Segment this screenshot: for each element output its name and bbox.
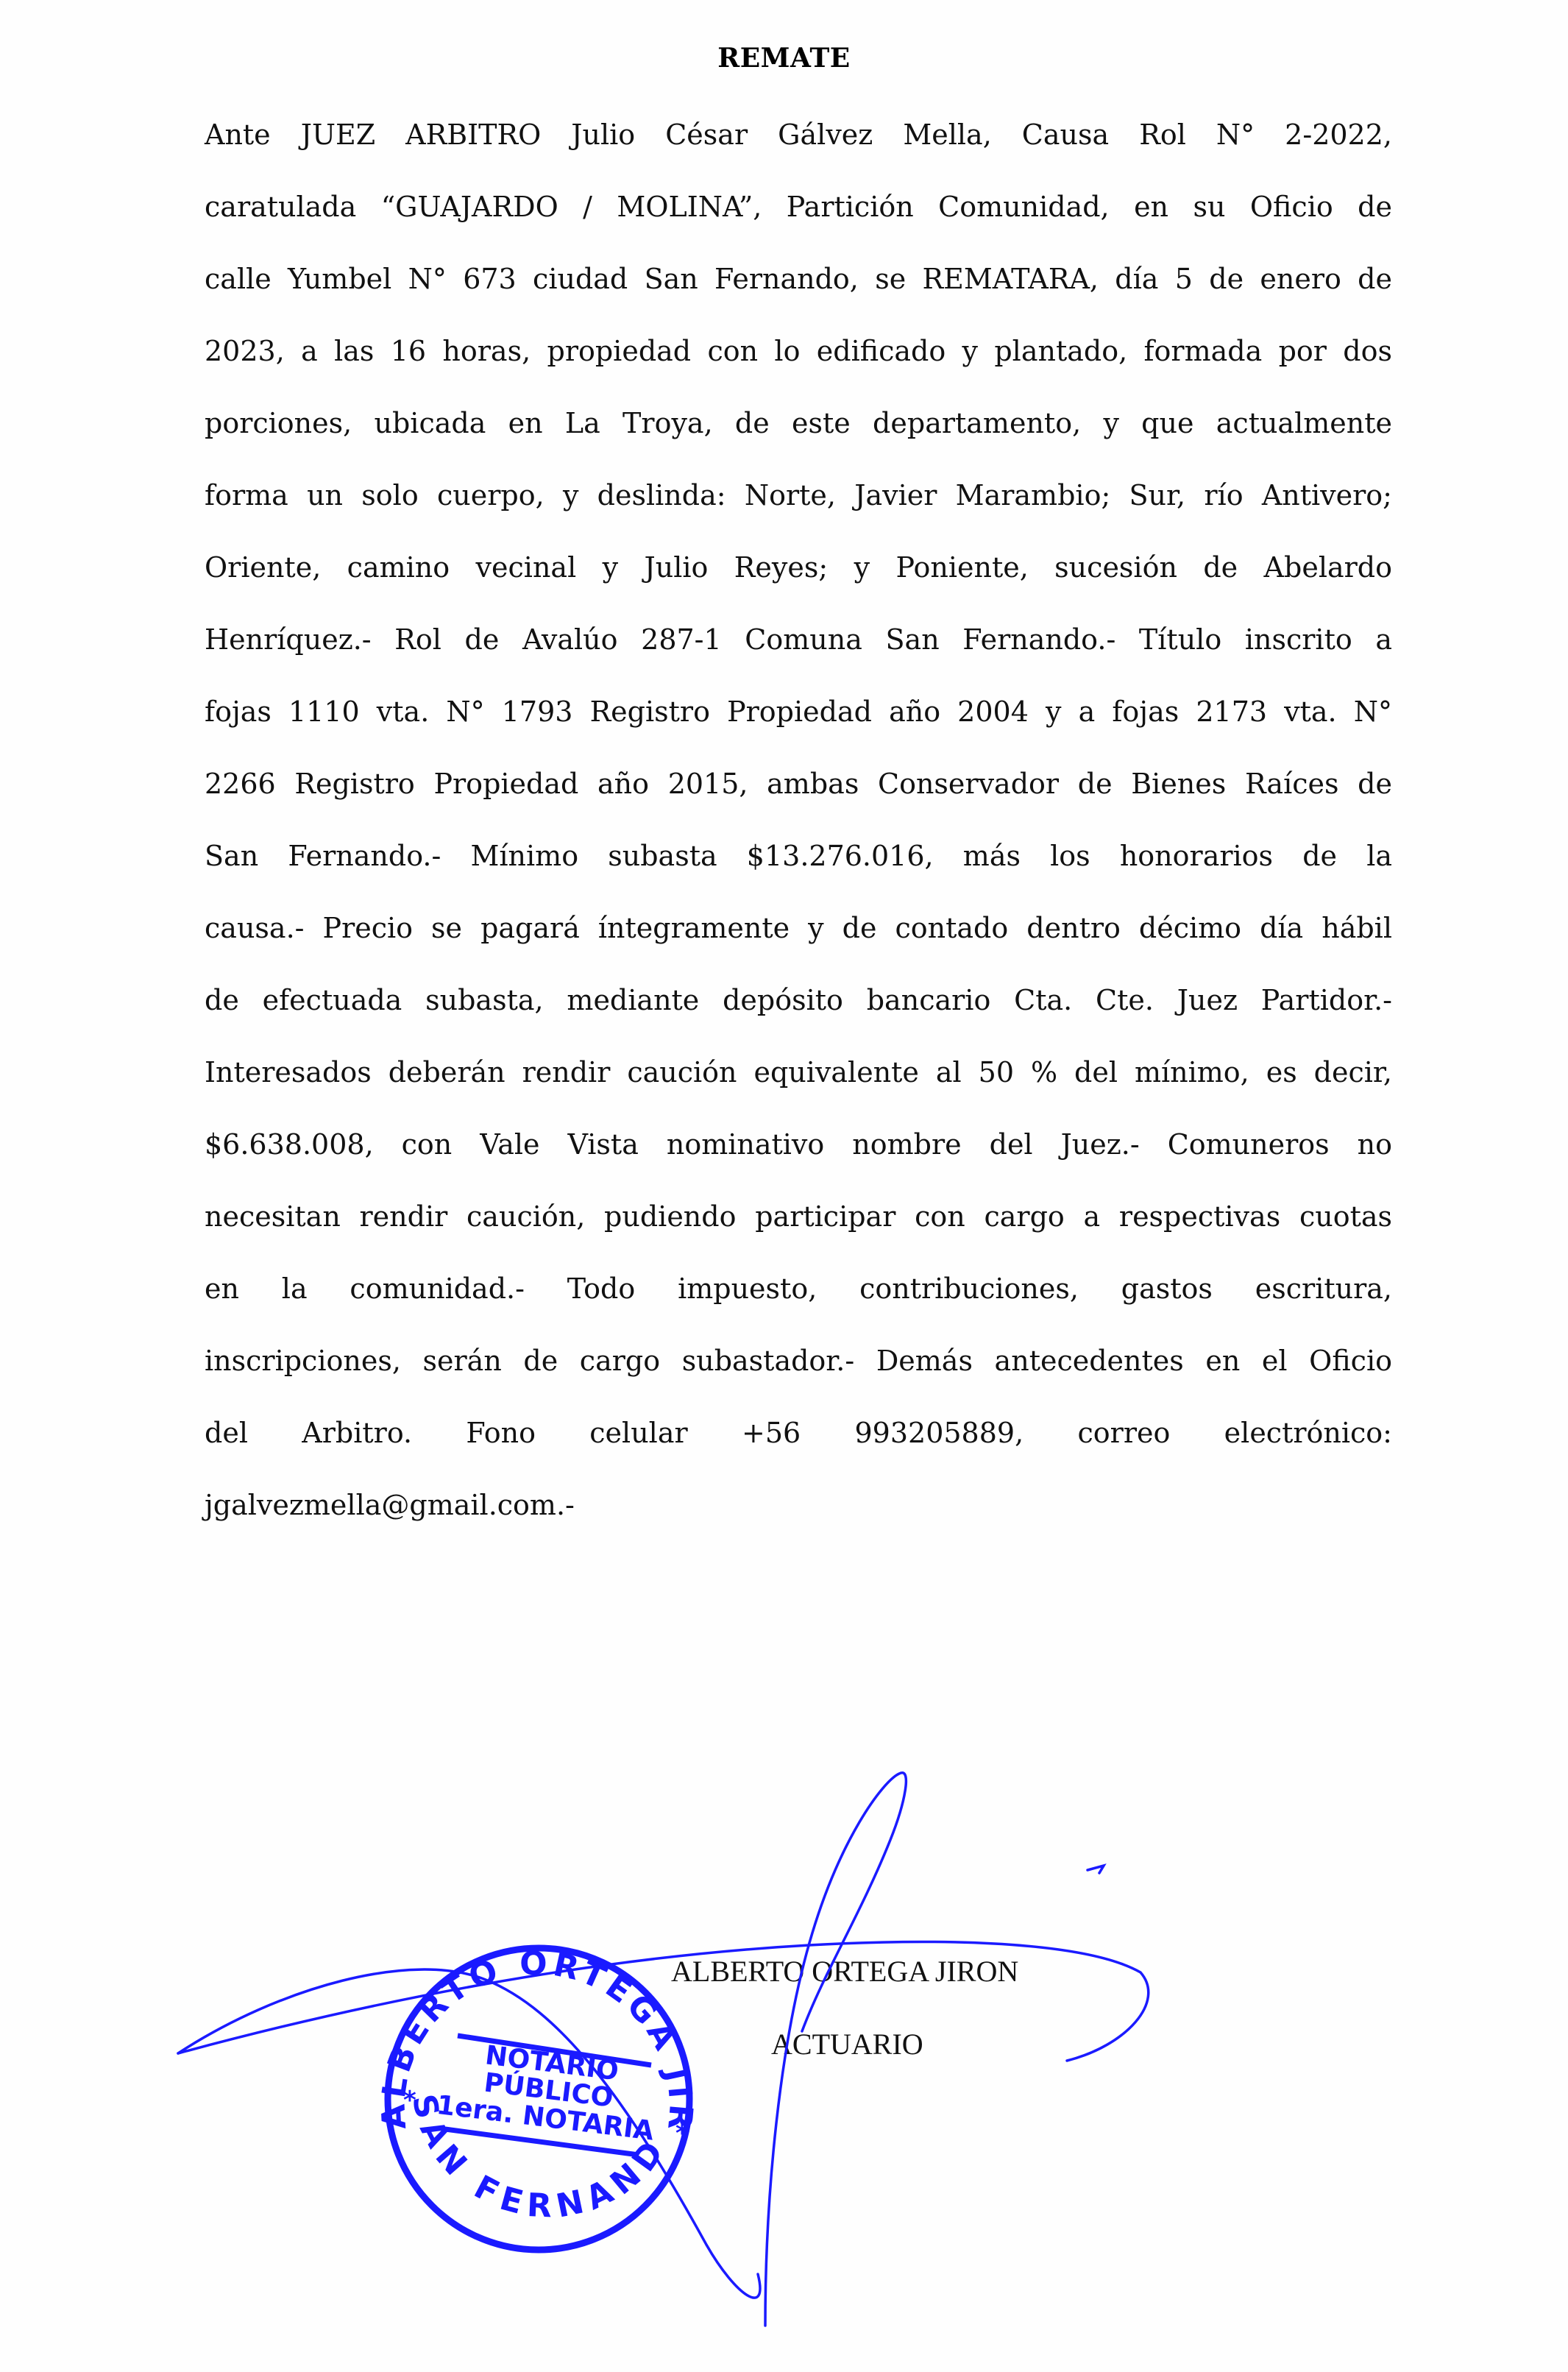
handwritten-signature	[0, 0, 1568, 2372]
document-page: REMATE Ante JUEZ ARBITRO Julio César Gál…	[0, 0, 1568, 2372]
